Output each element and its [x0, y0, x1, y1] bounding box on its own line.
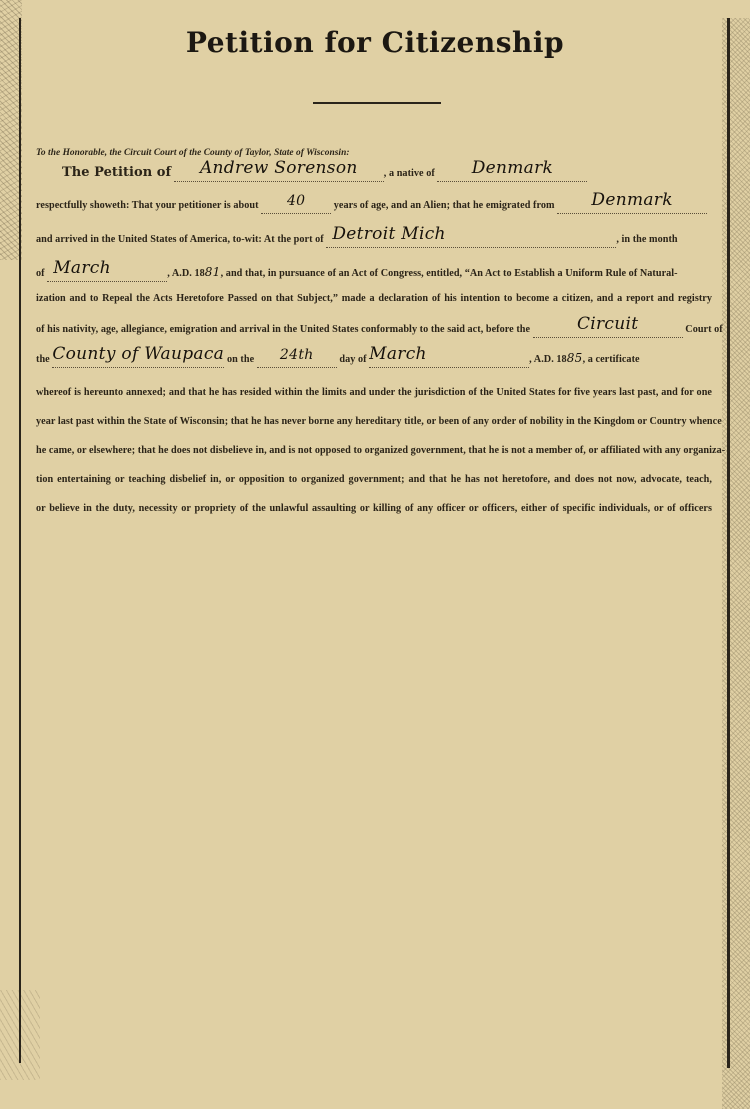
declaration-date-line: the County of Waupaca on the 24th day of…: [36, 350, 712, 368]
certificate-label: , a certificate: [583, 354, 640, 365]
act-text-3: of his nativity, age, allegiance, emigra…: [36, 324, 530, 335]
petition-body-line: or believe in the duty, necessity or pro…: [36, 502, 712, 516]
years-label: years of age, and an Alien; that he emig…: [334, 200, 555, 211]
native-of-label: , a native of: [384, 168, 435, 179]
of-label: of: [36, 268, 45, 279]
port-field: Detroit Mich: [326, 230, 616, 248]
port-value: Detroit Mich: [326, 224, 445, 244]
petition-of-label: The Petition of: [62, 165, 171, 180]
document-page: Petition for Citizenship To the Honorabl…: [0, 0, 750, 1109]
on-the-label: on the: [227, 354, 254, 365]
port-line: and arrived in the United States of Amer…: [36, 230, 712, 248]
court-of-label: Court of: [685, 324, 722, 335]
showeth-label: respectfully showeth: That your petition…: [36, 200, 259, 211]
title-underline: [313, 102, 441, 104]
petition-body-line: year last past within the State of Wisco…: [36, 415, 712, 429]
age-line: respectfully showeth: That your petition…: [36, 196, 712, 214]
court-type-value: Circuit: [577, 314, 638, 334]
month-label: , in the month: [616, 234, 677, 245]
arrival-year-suffix: 81: [205, 265, 221, 279]
emigrated-from-value: Denmark: [591, 190, 672, 210]
act-text-line-2: ization and to Repeal the Acts Heretofor…: [36, 292, 712, 306]
court-county-value: County of Waupaca: [52, 344, 224, 364]
petition-body-line: whereof is hereunto annexed; and that he…: [36, 386, 712, 400]
native-of-value: Denmark: [472, 158, 553, 178]
court-line: of his nativity, age, allegiance, emigra…: [36, 320, 712, 338]
declaration-year-suffix: 85: [567, 351, 583, 365]
ad-label: , A.D. 18: [167, 268, 205, 279]
arrival-month-value: March: [47, 258, 111, 278]
age-value: 40: [287, 193, 305, 209]
emigrated-from-field: Denmark: [557, 196, 707, 214]
declaration-month-field: March: [369, 350, 529, 368]
petition-body-line: he came, or elsewhere; that he does not …: [36, 444, 712, 458]
the-label: the: [36, 354, 50, 365]
native-of-field: Denmark: [437, 164, 587, 182]
court-address: To the Honorable, the Circuit Court of t…: [36, 146, 712, 160]
petitioner-name: Andrew Sorenson: [200, 158, 358, 178]
arrived-label: and arrived in the United States of Amer…: [36, 234, 324, 245]
ad-label-2: , A.D. 18: [529, 354, 567, 365]
declaration-month-value: March: [369, 344, 427, 364]
day-of-label: day of: [339, 354, 366, 365]
petition-body-line: tion entertaining or teaching disbelief …: [36, 473, 712, 487]
age-field: 40: [261, 197, 331, 214]
act-text-1: , and that, in pursuance of an Act of Co…: [221, 268, 678, 279]
petition-of-line: The Petition of Andrew Sorenson, a nativ…: [62, 164, 738, 182]
declaration-day-value: 24th: [280, 347, 314, 363]
court-county-field: County of Waupaca: [52, 350, 224, 368]
arrival-date-line: of March, A.D. 1881, and that, in pursua…: [36, 264, 712, 282]
border-rule-left: [19, 18, 21, 1063]
arrival-month-field: March: [47, 264, 167, 282]
declaration-day-field: 24th: [257, 351, 337, 368]
petitioner-name-field: Andrew Sorenson: [174, 164, 384, 182]
page-title: Petition for Citizenship: [0, 26, 750, 59]
court-type-field: Circuit: [533, 320, 683, 338]
